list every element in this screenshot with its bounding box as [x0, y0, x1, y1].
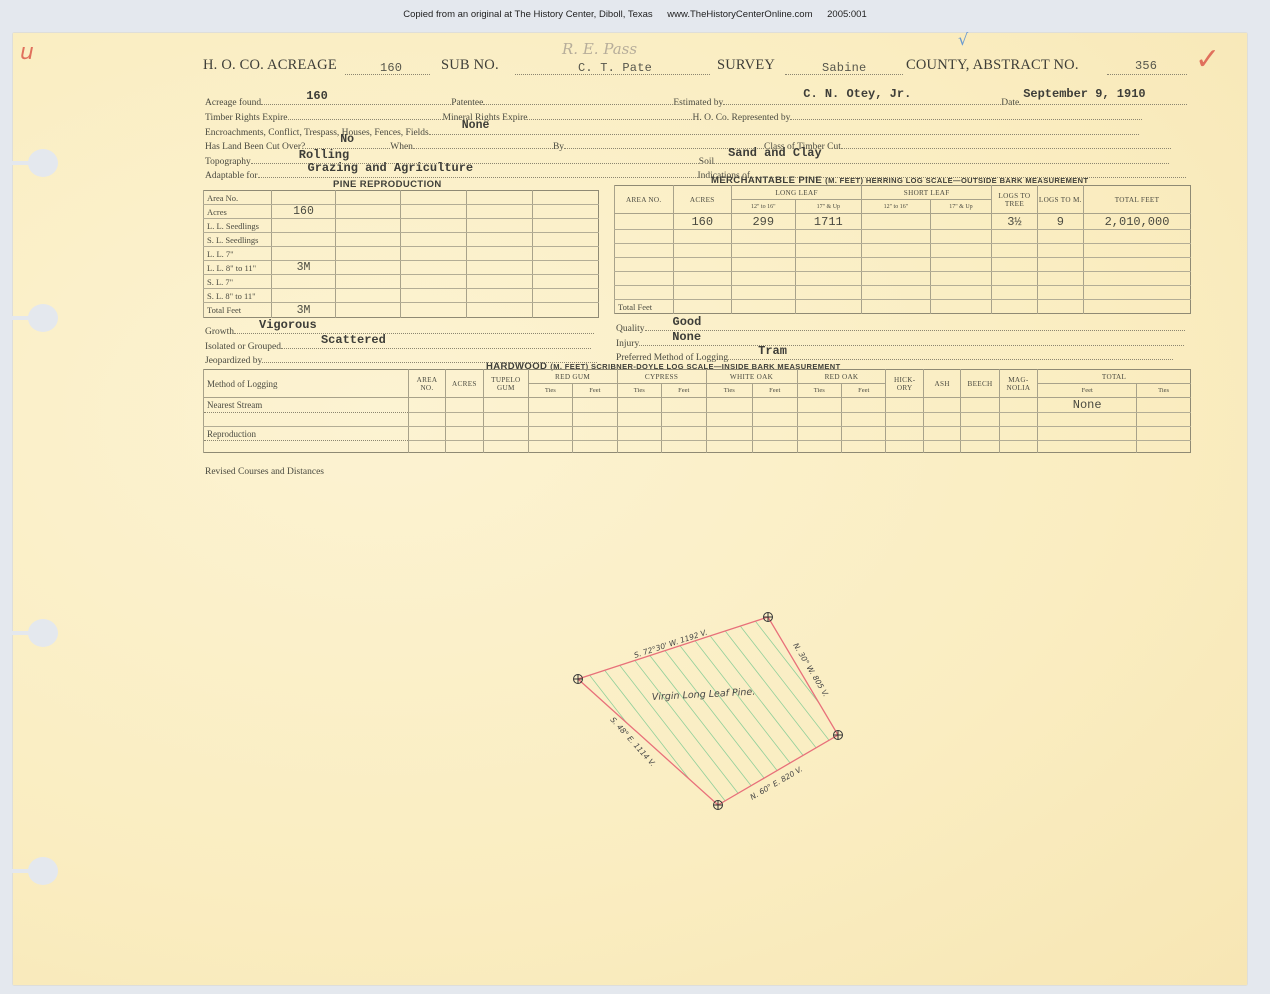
table-row: [204, 441, 1191, 453]
acreage-found-value: 160: [306, 89, 328, 103]
table-header-row: Method of Logging AREA NO. ACRES TUPELO …: [204, 370, 1191, 384]
table-row: L. L. 8" to 11"3M: [204, 261, 599, 275]
rights-row: Timber Rights ExpireMineral Rights Expir…: [205, 110, 1142, 123]
abstract-no-value: 356: [1135, 57, 1157, 74]
punch-hole: [11, 856, 51, 886]
punch-hole: [11, 303, 51, 333]
table-row: L. L. 7": [204, 247, 599, 261]
injury-row: InjuryNone: [616, 336, 1184, 349]
county-abstract-label: COUNTY, ABSTRACT NO.: [906, 57, 1079, 74]
punch-hole: [11, 618, 51, 648]
county-value: Sabine: [822, 59, 866, 76]
survey-plat: S. 72°30' W. 1192 V. N. 30° W. 805 V. N.…: [560, 600, 860, 820]
sub-no-value: C. T. Pate: [578, 59, 652, 76]
logging-method-value: Tram: [758, 344, 787, 358]
hatch-lines: [560, 600, 860, 820]
hardwood-total-feet-value: None: [1038, 398, 1137, 413]
date-value: September 9, 1910: [1023, 87, 1145, 101]
growth-value: Vigorous: [259, 318, 317, 332]
table-row: Reproduction: [204, 427, 1191, 441]
isolated-value: Scattered: [321, 333, 386, 347]
table-row: Nearest Stream None: [204, 398, 1191, 413]
archive-source: Copied from an original at The History C…: [403, 9, 652, 20]
table-row: Area No.: [204, 191, 599, 205]
acreage-found-row: Acreage found160PatenteeEstimated byC. N…: [205, 95, 1187, 108]
table-row: [615, 230, 1191, 244]
quality-row: QualityGood: [616, 321, 1185, 334]
punch-hole: [11, 148, 51, 178]
acreage-label: H. O. CO. ACREAGE: [203, 57, 337, 74]
table-row: S. L. 8" to 11": [204, 289, 599, 303]
cut-over-row: Has Land Been Cut Over?NoWhenByClass of …: [205, 139, 1171, 152]
logs-to-tree-value: 3½: [992, 214, 1037, 230]
table-row: [204, 413, 1191, 427]
table-total-row: Total Feet: [615, 300, 1191, 314]
cut-over-value: No: [340, 133, 354, 146]
estimated-by-value: C. N. Otey, Jr.: [803, 87, 911, 101]
pine-reproduction-title: PINE REPRODUCTION: [333, 179, 442, 190]
encroachments-value: None: [462, 119, 490, 132]
table-row: Total Feet3M: [204, 303, 599, 318]
pine-acres-value: 160: [272, 205, 336, 219]
revised-courses-label: Revised Courses and Distances: [205, 467, 324, 477]
table-row: S. L. Seedlings: [204, 233, 599, 247]
sub-no-label: SUB NO.: [441, 57, 499, 74]
survey-label: SURVEY: [717, 57, 775, 74]
hardwood-table: Method of Logging AREA NO. ACRES TUPELO …: [203, 369, 1191, 453]
injury-value: None: [672, 330, 701, 344]
table-row: S. L. 7": [204, 275, 599, 289]
archive-banner: Copied from an original at The History C…: [0, 9, 1270, 20]
table-row: [615, 286, 1191, 300]
table-row: [615, 258, 1191, 272]
plat-edge-west: S. 48° E. 1114 V.: [609, 715, 658, 768]
table-header-row: AREA NO. ACRES LONG LEAF SHORT LEAF LOGS…: [615, 186, 1191, 200]
long-leaf-17-up-value: 1711: [795, 214, 862, 230]
table-row: [615, 272, 1191, 286]
topography-value: Rolling: [299, 148, 349, 162]
acreage-value: 160: [380, 59, 402, 76]
logs-to-m-value: 9: [1037, 214, 1083, 230]
table-row: Acres160: [204, 205, 599, 219]
red-check-mark-icon: ✓: [1195, 42, 1220, 77]
isolated-row: Isolated or GroupedScattered: [205, 339, 591, 352]
total-feet-value: 2,010,000: [1084, 214, 1191, 230]
growth-row: GrowthVigorous: [205, 324, 594, 337]
long-leaf-12-16-value: 299: [732, 214, 796, 230]
blue-tick-icon: √: [958, 30, 968, 49]
soil-value: Sand and Clay: [728, 146, 822, 160]
merch-acres-value: 160: [673, 214, 732, 230]
table-row: L. L. Seedlings: [204, 219, 599, 233]
pine-total-feet-value: 3M: [272, 303, 336, 318]
merchantable-pine-table: AREA NO. ACRES LONG LEAF SHORT LEAF LOGS…: [614, 185, 1191, 314]
red-pencil-mark: u: [20, 40, 34, 65]
pine-reproduction-table: Area No. Acres160 L. L. Seedlings S. L. …: [203, 190, 599, 318]
adaptable-value: Grazing and Agriculture: [308, 161, 474, 175]
archive-catalog-no: 2005:001: [827, 9, 867, 20]
archive-website: www.TheHistoryCenterOnline.com: [667, 9, 812, 20]
pencil-note: R. E. Pass: [562, 40, 637, 58]
table-row: 160 299 1711 3½ 9 2,010,000: [615, 214, 1191, 230]
quality-value: Good: [673, 315, 702, 329]
table-row: [615, 244, 1191, 258]
